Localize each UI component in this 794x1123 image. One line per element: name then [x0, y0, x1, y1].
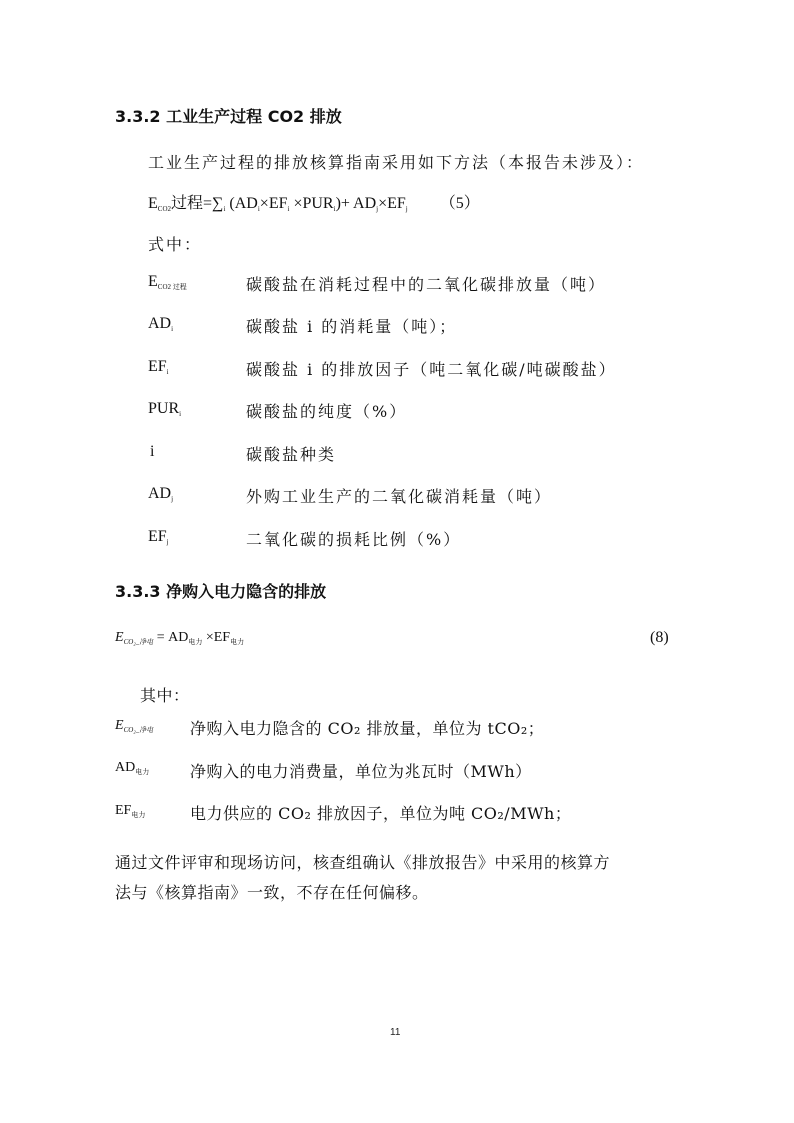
formula-text: ×EF	[202, 630, 230, 645]
def-description: 净购入电力隐含的 CO₂ 排放量，单位为 tCO₂；	[190, 716, 544, 739]
formula-subscript: 电力	[188, 638, 202, 646]
formula-5: ECO2过程=∑i (ADi×EFi ×PURi)+ ADj×EFj （5）	[148, 190, 480, 213]
formula-text: ×EF	[378, 195, 406, 212]
formula-number: （5）	[440, 195, 480, 212]
def-symbol: ECO₂_净电	[115, 718, 153, 735]
def-symbol: EFi	[148, 358, 169, 376]
formula-subscript: CO₂_净电	[124, 638, 154, 646]
conclusion-line-2: 法与《核算指南》一致，不存在任何偏移。	[115, 880, 429, 903]
where-label: 其中：	[140, 683, 190, 706]
def-symbol: EF电力	[115, 803, 145, 820]
def-symbol: AD电力	[115, 760, 149, 777]
intro-paragraph: 工业生产过程的排放核算指南采用如下方法（本报告未涉及）：	[148, 150, 644, 173]
def-description: 电力供应的 CO₂ 排放因子，单位为吨 CO₂/MWh；	[190, 801, 571, 824]
page-number: 11	[390, 1027, 400, 1038]
def-symbol: PURi	[148, 400, 181, 418]
def-symbol: i	[150, 443, 154, 461]
def-description: 碳酸盐 i 的排放因子（吨二氧化碳/吨碳酸盐）	[246, 357, 617, 380]
def-description: 外购工业生产的二氧化碳消耗量（吨）	[246, 484, 552, 507]
formula-text: ×EF	[260, 195, 288, 212]
formula-symbol: E	[148, 195, 158, 212]
formula-text: ×PUR	[289, 195, 333, 212]
def-description: 碳酸盐 i 的消耗量（吨）；	[246, 314, 457, 337]
formula-8: ECO₂_净电 = AD电力 ×EF电力	[115, 630, 244, 647]
formula-symbol: E	[115, 630, 124, 645]
def-description: 碳酸盐在消耗过程中的二氧化碳排放量（吨）	[246, 272, 606, 295]
formula-text: )+ AD	[336, 195, 377, 212]
where-label: 式中：	[148, 232, 202, 255]
def-description: 二氧化碳的损耗比例（%）	[246, 527, 461, 550]
def-symbol: ADi	[148, 315, 173, 333]
section-heading-3-3-2: 3.3.2 工业生产过程 CO2 排放	[115, 104, 342, 127]
formula-subscript: CO2	[158, 205, 171, 213]
def-description: 净购入的电力消费量，单位为兆瓦时（MWh）	[190, 759, 532, 782]
formula-number: (8)	[650, 629, 669, 647]
document-page: 3.3.2 工业生产过程 CO2 排放 工业生产过程的排放核算指南采用如下方法（…	[0, 0, 794, 1123]
def-symbol: ADj	[148, 485, 173, 503]
def-symbol: ECO2 过程	[148, 273, 187, 292]
def-symbol: EFj	[148, 528, 169, 546]
def-description: 碳酸盐的纯度（%）	[246, 399, 407, 422]
formula-text: (AD	[225, 195, 257, 212]
conclusion-line-1: 通过文件评审和现场访问，核查组确认《排放报告》中采用的核算方	[115, 850, 610, 873]
section-heading-3-3-3: 3.3.3 净购入电力隐含的排放	[115, 579, 326, 602]
formula-subscript: j	[406, 205, 408, 213]
def-description: 碳酸盐种类	[246, 442, 336, 465]
formula-text: = AD	[153, 630, 188, 645]
formula-text: 过程=∑	[171, 195, 223, 212]
formula-subscript: 电力	[230, 638, 244, 646]
